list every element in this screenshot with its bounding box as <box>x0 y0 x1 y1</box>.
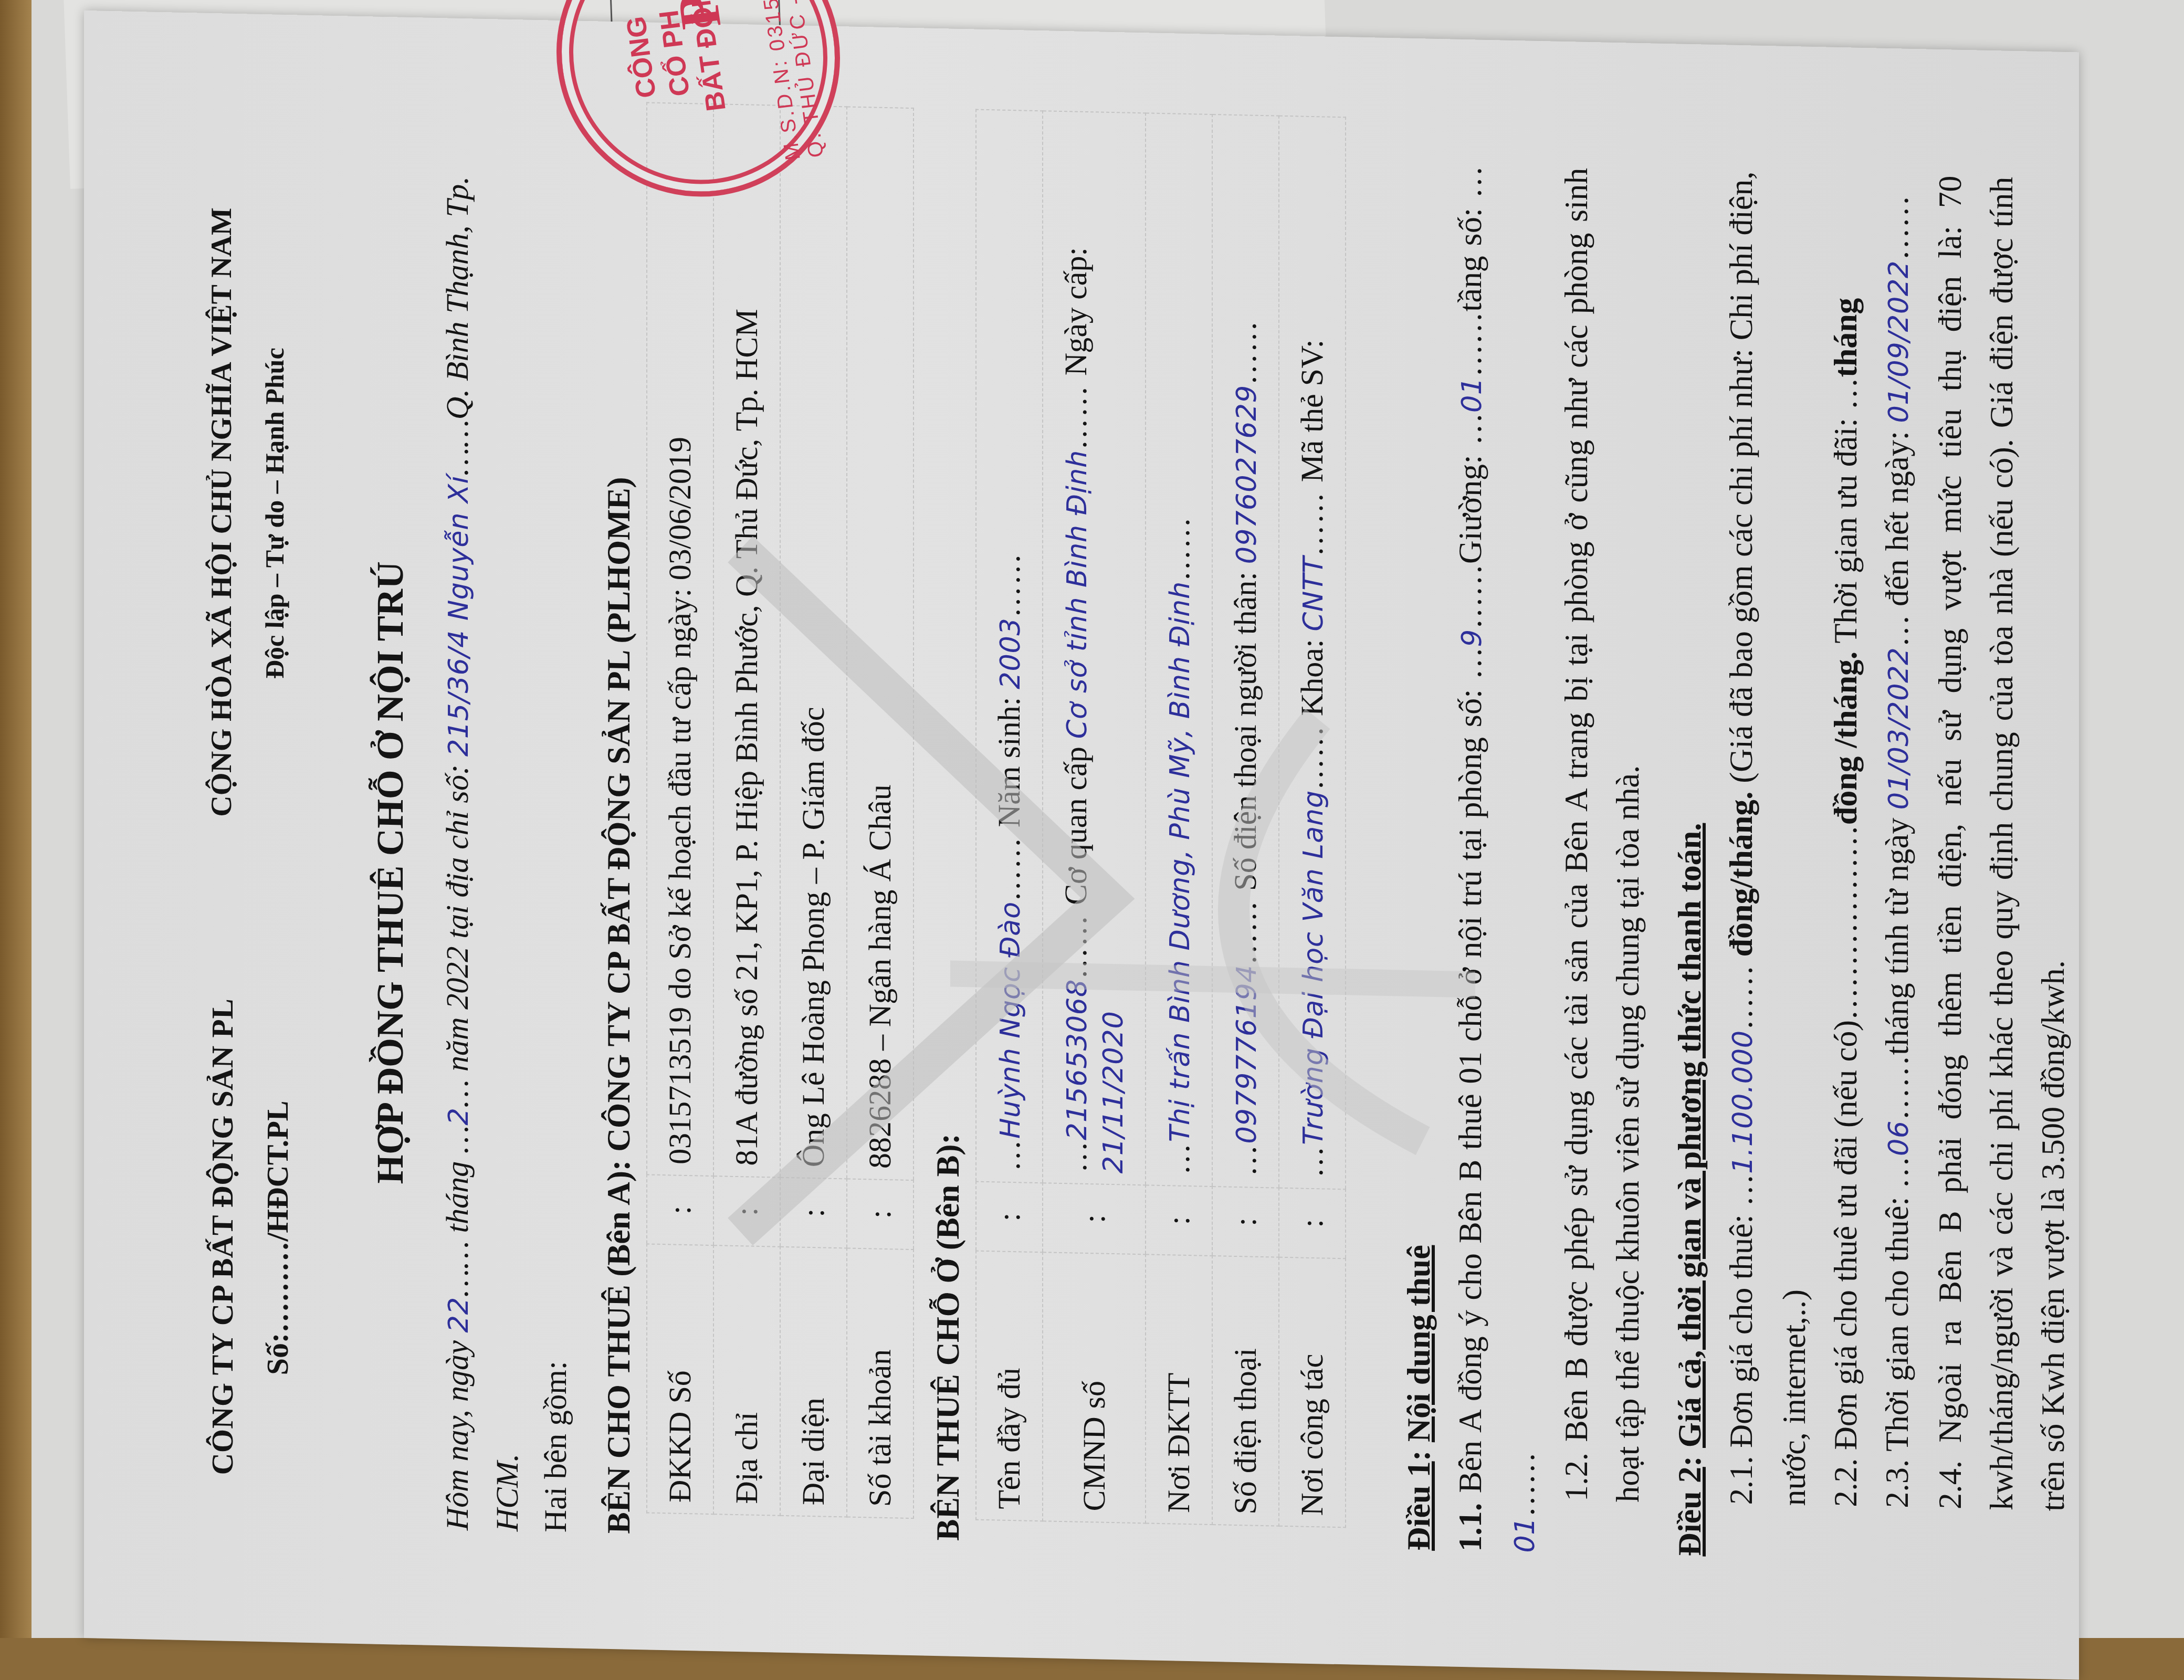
table-row: Địa chỉ:81A đường số 21, KP1, P. Hiệp Bì… <box>713 104 780 1516</box>
field-value: 8826288 – Ngân hàng Á Châu <box>847 107 913 1180</box>
clause-text: Đơn giá cho thuê: … <box>1724 1173 1759 1448</box>
clause-text: …… <box>1506 1452 1541 1517</box>
table-row: Nơi công tác:…Trường Đại học Văn Lang…… … <box>1279 116 1346 1528</box>
secondary-field-label: Cơ quan cấp <box>1058 738 1093 905</box>
handwritten-start-date: 01/03/2022 <box>1883 647 1915 810</box>
dotted-leader: …… <box>1295 482 1329 556</box>
field-label: Số điện thoại <box>1212 1256 1279 1526</box>
field-colon: : <box>1043 1183 1146 1254</box>
article-1-number: Điều 1 <box>1401 1461 1437 1551</box>
handwritten-end-date: 01/09/2022 <box>1883 260 1915 423</box>
handwritten-bed: 01 <box>1456 376 1488 413</box>
handwritten-room: 9 <box>1456 628 1488 647</box>
document-number: Số:………/HĐCT.PL <box>260 949 295 1527</box>
handwritten-entry: Cơ sở tỉnh Bình Định <box>1062 449 1093 739</box>
field-label: Số tài khoản <box>847 1248 913 1518</box>
field-colon: : <box>1146 1185 1212 1256</box>
dotted-leader: … <box>992 1138 1026 1171</box>
field-value: Ông Lê Hoàng Phong – P. Giám đốc <box>780 106 847 1179</box>
handwritten-address: 215/36/4 Nguyễn Xí <box>443 475 475 757</box>
handwritten-floor: 01 <box>1509 1517 1541 1553</box>
field-colon: : <box>976 1182 1043 1253</box>
clause-1-2: 1.2. Bên B được phép sử dụng các tài sản… <box>1551 41 1654 1556</box>
field-value: …0979776194…… Số điện thoại người thân: … <box>1212 114 1279 1188</box>
handwritten-entry: Thị trấn Bình Dương, Phù Mỹ, Bình Định <box>1164 581 1196 1142</box>
field-colon: : <box>1212 1186 1279 1257</box>
field-label: CMND số <box>1043 1252 1146 1523</box>
handwritten-entry: CNTT <box>1298 556 1329 632</box>
field-colon: : <box>1279 1188 1346 1259</box>
clause-number: 2.4. <box>1933 1460 1968 1509</box>
national-title: CỘNG HÒA XÃ HỘI CHỦ NGHĨA VIỆT NAM <box>205 118 238 906</box>
dotted-leader: … <box>1058 1140 1093 1173</box>
field-label: ĐKKD Số <box>647 1244 713 1514</box>
dotted-leader: …… <box>992 552 1026 617</box>
parties-label: Hai bên gồm: <box>531 20 580 1533</box>
table-row: Nơi ĐKTT:…Thị trấn Bình Dương, Phù Mỹ, B… <box>1146 113 1212 1525</box>
clause-text: Bên A đồng ý cho Bên B thuê 01 chỗ ở nội… <box>1453 646 1488 1493</box>
dotted-leader: …… <box>1228 890 1263 965</box>
field-value: 0315713519 do Sở kế hoạch đầu tư cấp ngà… <box>647 102 713 1176</box>
article-2: Điều 2: Giá cả, thời gian và phương thức… <box>1664 44 2079 1564</box>
field-label: Nơi ĐKTT <box>1146 1254 1212 1525</box>
handwritten-months: 06 <box>1883 1120 1915 1156</box>
field-label: Địa chỉ <box>713 1245 780 1516</box>
seal-logo: PL <box>658 0 734 32</box>
field-label: Nơi công tác <box>1279 1257 1346 1528</box>
party-a-table: ĐKKD Số:0315713519 do Sở kế hoạch đầu tư… <box>646 102 914 1519</box>
field-value: …Thị trấn Bình Dương, Phù Mỹ, Bình Định…… <box>1146 113 1212 1186</box>
clause-text: Ngoài ra Bên B phải đóng thêm tiền điện,… <box>1933 175 2071 1512</box>
price-unit: đồng/tháng. <box>1724 791 1759 957</box>
contract-title: HỢP ĐỒNG THUÊ CHỖ Ở NỘI TRÚ <box>369 16 412 1529</box>
dotted-leader: …… <box>1058 375 1093 450</box>
secondary-field-label: Khoa: <box>1295 631 1329 717</box>
contract-page: CÔNG TY CP BẤT ĐỘNG SẢN PL Số:………/HĐCT.P… <box>84 10 2079 1638</box>
intro-month-label: …… tháng … <box>440 1125 475 1297</box>
handwritten-price: 1.100.000 <box>1727 1030 1759 1174</box>
party-b-heading: BÊN THUÊ CHỖ Ở (Bên B): <box>930 28 967 1541</box>
clause-text: Thời gian ưu đãi: … <box>1828 377 1864 652</box>
clause-text: …… <box>1879 195 1915 260</box>
handwritten-entry: 2003 <box>995 617 1026 690</box>
duration-unit: tháng <box>1828 297 1864 377</box>
article-2-title: Giá cả, thời gian và phương thức thanh t… <box>1672 822 1708 1448</box>
field-label: Đại diện <box>780 1247 847 1517</box>
field-value: 81A đường số 21, KP1, P. Hiệp Bình Phước… <box>713 104 780 1178</box>
clause-text: … đến hết ngày: <box>1879 423 1915 647</box>
national-motto: Độc lập – Tự do – Hạnh Phúc <box>259 119 290 907</box>
field-colon: : <box>780 1178 847 1248</box>
dotted-leader: …… <box>1058 905 1093 979</box>
field-colon: : <box>713 1176 780 1247</box>
handwritten-day: 22 <box>443 1297 475 1333</box>
clause-number: 2.3. <box>1879 1459 1915 1508</box>
clause-text: …… <box>1724 964 1759 1030</box>
handwritten-month: 2 <box>443 1107 475 1126</box>
dotted-leader: …… <box>992 827 1026 901</box>
clause-2-3: 2.3. Thời gian cho thuê: …06……tháng tính… <box>1872 48 1925 1561</box>
clause-text: Bên B được phép sử dụng các tài sản của … <box>1559 167 1646 1503</box>
table-row: Tên đầy đủ:…Huỳnh Ngọc Đào…… Năm sinh: 2… <box>976 110 1043 1521</box>
price-unit: đồng /tháng. <box>1828 651 1864 825</box>
seal-ring-text: M.S.D.N: 0315713 ★ Q. THỦ ĐỨC - T <box>747 0 829 162</box>
clause-1-1: 1.1. Bên A đồng ý cho Bên B thuê 01 chỗ … <box>1445 39 1551 1553</box>
field-label: Tên đầy đủ <box>976 1251 1043 1521</box>
document-header: CÔNG TY CP BẤT ĐỘNG SẢN PL Số:………/HĐCT.P… <box>84 10 295 1527</box>
clause-number: 2.2. <box>1828 1458 1864 1507</box>
table-row: Đại diện:Ông Lê Hoàng Phong – P. Giám đố… <box>780 106 847 1517</box>
clause-2-2: 2.2. Đơn giá cho thuê ưu đãi (nếu có)………… <box>1820 47 1872 1560</box>
article-1-title: Nội dung thuê <box>1401 1244 1437 1442</box>
clause-number: 1.1. <box>1453 1503 1488 1552</box>
article-1: Điều 1: Nội dung thuê 1.1. Bên A đồng ý … <box>1393 38 1654 1555</box>
handwritten-entry: Trường Đại học Văn Lang <box>1298 790 1329 1145</box>
field-value: …215653068…… Cơ quan cấp Cơ sở tỉnh Bình… <box>1043 111 1146 1185</box>
clause-2-4: 2.4. Ngoài ra Bên B phải đóng thêm tiền … <box>1925 49 2079 1564</box>
company-name: CÔNG TY CP BẤT ĐỘNG SẢN PL <box>205 948 240 1526</box>
dotted-leader: …… <box>1295 716 1329 790</box>
handwritten-entry: 21/11/2020 <box>1098 1011 1129 1174</box>
secondary-field-label: Số điện thoại người thân: <box>1228 563 1263 891</box>
clause-2-1: 2.1. Đơn giá cho thuê: …1.100.000…… đồng… <box>1716 45 1820 1559</box>
table-row: Số tài khoản:8826288 – Ngân hàng Á Châu <box>847 107 913 1518</box>
table-row: Số điện thoại:…0979776194…… Số điện thoạ… <box>1212 114 1279 1526</box>
table-row: ĐKKD Số:0315713519 do Sở kế hoạch đầu tư… <box>647 102 713 1514</box>
clause-text: Thời gian cho thuê: … <box>1879 1156 1915 1452</box>
intro-prefix: Hôm nay, ngày <box>440 1332 475 1531</box>
contract-intro: Hôm nay, ngày 22…… tháng …2… năm 2022 tạ… <box>433 18 531 1532</box>
field-value: …Trường Đại học Văn Lang…… Khoa: CNTT…… … <box>1279 116 1346 1190</box>
clause-number: 2.1. <box>1724 1455 1759 1505</box>
party-a-heading: BÊN CHO THUÊ (Bên A): CÔNG TY CP BẤT ĐỘN… <box>601 22 638 1534</box>
field-colon: : <box>847 1179 913 1249</box>
desk-edge <box>0 0 31 1638</box>
dotted-leader: …… <box>1228 319 1263 385</box>
dotted-leader: …… <box>1161 516 1196 581</box>
clause-text: ……tháng tính từ ngày <box>1879 809 1915 1120</box>
field-value: …Huỳnh Ngọc Đào…… Năm sinh: 2003…… <box>976 110 1043 1183</box>
secondary-field-label: Ngày cấp: <box>1058 247 1093 376</box>
clause-text: ……Giường: … <box>1453 412 1488 629</box>
field-colon: : <box>647 1174 713 1245</box>
party-b-table: Tên đầy đủ:…Huỳnh Ngọc Đào…… Năm sinh: 2… <box>975 109 1346 1528</box>
table-row: CMND số:…215653068…… Cơ quan cấp Cơ sở t… <box>1043 111 1146 1523</box>
handwritten-entry: Huỳnh Ngọc Đào <box>995 901 1026 1139</box>
clause-text: ……tầng số: … <box>1453 165 1488 377</box>
clause-number: 1.2. <box>1559 1452 1594 1501</box>
handwritten-entry: 0976027629 <box>1231 385 1263 564</box>
dotted-leader: … <box>1228 1143 1263 1177</box>
dotted-leader: … <box>1161 1142 1196 1175</box>
handwritten-entry: 215653068 <box>1062 979 1093 1140</box>
secondary-field-label: Năm sinh: <box>992 689 1026 828</box>
secondary-field-label: Mã thẻ SV: <box>1295 339 1329 483</box>
intro-year-label: … năm 2022 tại địa chỉ số: <box>440 756 475 1108</box>
handwritten-entry: 0979776194 <box>1231 964 1263 1144</box>
dotted-leader: … <box>1295 1144 1329 1178</box>
article-2-number: Điều 2 <box>1672 1466 1708 1557</box>
clause-text: Đơn giá cho thuê ưu đãi (nếu có)……………… <box>1828 824 1864 1450</box>
